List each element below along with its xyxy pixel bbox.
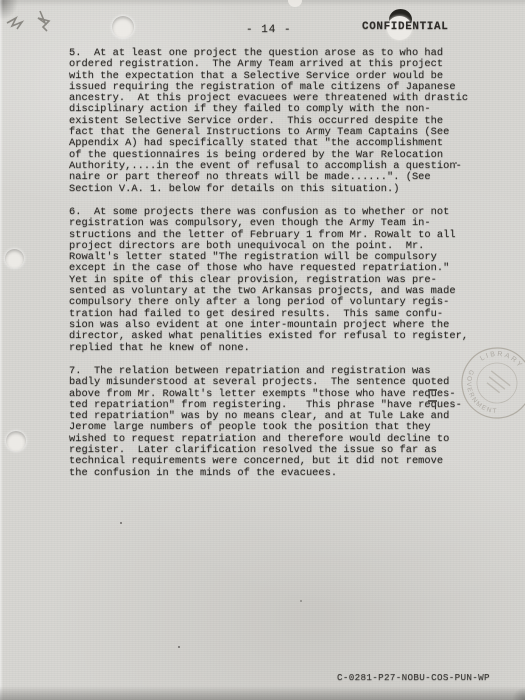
svg-text:GOVERNMENT: GOVERNMENT xyxy=(452,367,510,421)
circular-library-stamp: LIBRARY GOVERNMENT xyxy=(427,313,525,453)
pencil-scribble-marks xyxy=(2,7,64,39)
svg-text:LIBRARY: LIBRARY xyxy=(477,339,525,384)
classification-stamp: CONFIDENTIAL xyxy=(362,21,448,33)
dust-speck xyxy=(178,646,180,648)
dust-speck xyxy=(120,522,122,524)
photo-left-edge xyxy=(0,0,3,700)
punch-hole-top xyxy=(112,16,134,38)
stamp-arc-bottom-text: GOVERNMENT xyxy=(452,367,510,421)
stamp-arc-top-text: LIBRARY xyxy=(477,339,525,384)
photo-bottom-edge xyxy=(0,686,525,700)
paragraph-7: 7. The relation between repatriation and… xyxy=(69,366,481,479)
punch-hole-left-lower xyxy=(6,431,26,451)
photo-top-edge xyxy=(0,0,525,6)
dust-speck xyxy=(455,162,457,164)
punch-hole-left-upper xyxy=(5,249,24,268)
scanned-document-page: - 14 - CONFIDENTIAL 5. At at least one p… xyxy=(0,0,525,700)
paragraph-5: 5. At at least one project the question … xyxy=(69,48,481,195)
footer-document-code: C-0281-P27-NOBU-COS-PUN-WP xyxy=(337,672,490,683)
paragraph-6: 6. At some projects there was confusion … xyxy=(69,207,481,354)
page-number: - 14 - xyxy=(246,24,292,36)
dust-speck xyxy=(300,600,302,602)
